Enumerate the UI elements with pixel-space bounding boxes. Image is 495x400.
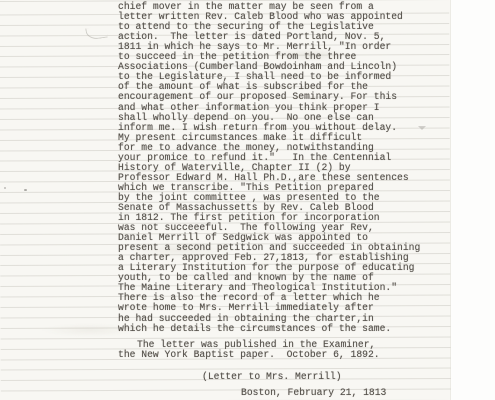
letter-dateline: Boston, February 21, 1813	[241, 388, 386, 398]
typewritten-text: in his own Association. That Mr. Merrill…	[118, 0, 420, 334]
ink-speck	[4, 187, 6, 189]
letter-heading: (Letter to Mrs. Merrill)	[202, 372, 342, 382]
closing-paragraph-line-2: the New York Baptist paper. October 6, 1…	[118, 350, 380, 360]
ink-speck	[24, 189, 27, 191]
